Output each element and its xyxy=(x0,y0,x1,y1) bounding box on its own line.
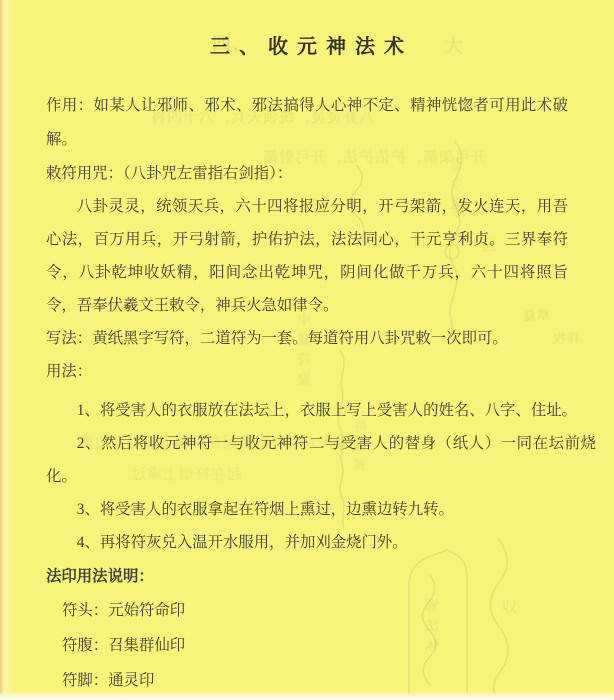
usage-step: 1、将受害人的衣服放在法坛上，衣服上写上受害人的姓名、八字、住址。 xyxy=(46,394,596,427)
writing-label: 写法： xyxy=(46,330,92,347)
seal-item-value: 召集群仙印 xyxy=(108,637,185,654)
paragraph-writing: 写法：黄纸黑字写符，二道符为一套。每道符用八卦咒敕一次即可。 xyxy=(46,322,568,355)
usage-step: 3、将受害人的衣服拿起在符烟上熏过，边熏边转九转。 xyxy=(46,493,596,526)
usage-label: 用法： xyxy=(46,355,568,388)
seal-item-value: 元始符命印 xyxy=(108,602,185,619)
writing-text: 黄纸黑字写符，二道符为一套。每道符用八卦咒敕一次即可。 xyxy=(92,330,508,347)
page-content: 三、收元神法术 作用：如某人让邪师、邪术、邪法搞得人心神不定、精神恍惚者可用此术… xyxy=(0,0,614,698)
seal-item-label: 符脚： xyxy=(62,672,108,689)
paragraph-consecrate: 敕符用咒：（八卦咒左雷指右剑指）： xyxy=(46,157,568,190)
usage-step: 4、再将符灰兑入温开水服用，并加刈金烧门外。 xyxy=(46,526,596,559)
paragraph-incantation: 八卦灵灵，统领天兵，六十四将报应分明，开弓架箭，发火连天，用吾心法，百万用兵，开… xyxy=(46,190,568,322)
seal-item-label: 符腹： xyxy=(62,637,108,654)
seal-item: 符脚：通灵印 xyxy=(62,663,568,698)
seal-item-label: 符头： xyxy=(62,602,108,619)
seal-item: 符头：元始符命印 xyxy=(62,593,568,628)
page-title: 三、收元神法术 xyxy=(46,30,568,59)
scanned-book-page: 四、 大 八卦灵灵，统领天兵，六十四将 开弓架箭，护佑护法，开弓射箭 草夏 祥牧… xyxy=(0,0,614,700)
effect-label: 作用： xyxy=(46,97,94,114)
usage-step: 2、然后将收元神符一与收元神符二与受害人的替身（纸人）一同在坛前烧化。 xyxy=(46,427,596,493)
seal-usage-heading: 法印用法说明： xyxy=(46,560,568,593)
effect-text: 如某人让邪师、邪术、邪法搞得人心神不定、精神恍惚者可用此术破解。 xyxy=(46,97,568,148)
seal-item: 符腹：召集群仙印 xyxy=(62,628,568,663)
usage-steps: 1、将受害人的衣服放在法坛上，衣服上写上受害人的姓名、八字、住址。 2、然后将收… xyxy=(46,394,596,559)
paragraph-effect: 作用：如某人让邪师、邪术、邪法搞得人心神不定、精神恍惚者可用此术破解。 xyxy=(46,89,568,157)
seal-item-value: 通灵印 xyxy=(108,672,154,689)
